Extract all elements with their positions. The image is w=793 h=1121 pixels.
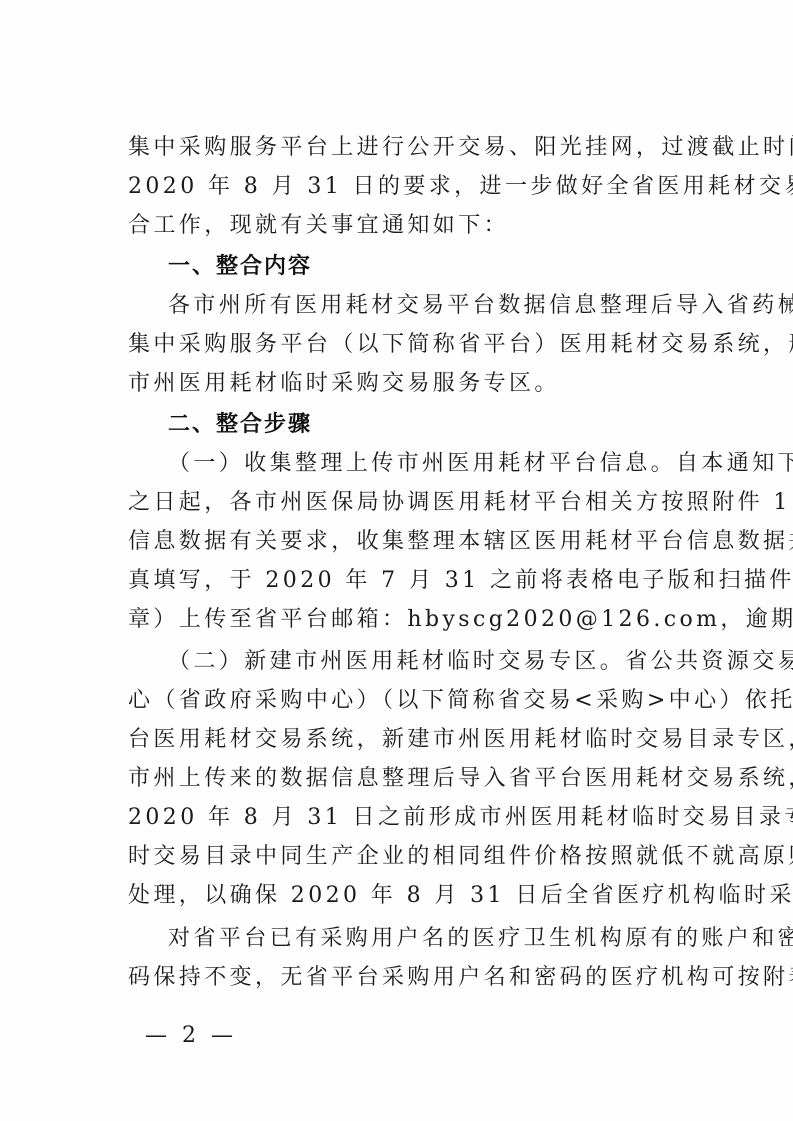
subsection-line: （一）收集整理上传市州医用耗材平台信息。自本通知下发 [168, 449, 718, 479]
document-page: 集中采购服务平台上进行公开交易、阳光挂网，过渡截止时间 2020 年 8 月 3… [0, 0, 793, 1121]
body-line: 集中采购服务平台上进行公开交易、阳光挂网，过渡截止时间 [128, 133, 718, 163]
body-line: 台医用耗材交易系统，新建市州医用耗材临时交易目录专区，将 [128, 725, 718, 755]
section-heading-1: 一、整合内容 [168, 252, 312, 282]
body-line: 各市州所有医用耗材交易平台数据信息整理后导入省药械 [168, 291, 718, 321]
body-line: 处理，以确保 2020 年 8 月 31 日后全省医疗机构临时采购使用。 [128, 881, 718, 911]
body-line: 之日起，各市州医保局协调医用耗材平台相关方按照附件 1 表格 [128, 488, 718, 518]
body-line: 真填写，于 2020 年 7 月 31 之前将表格电子版和扫描件（加盖公 [128, 566, 718, 596]
body-line: 2020 年 8 月 31 日之前形成市州医用耗材临时交易目录专区，临 [128, 803, 718, 833]
body-line: 信息数据有关要求，收集整理本辖区医用耗材平台信息数据并认 [128, 527, 718, 557]
body-line: 对省平台已有采购用户名的医疗卫生机构原有的账户和密 [168, 924, 718, 954]
page-number: — 2 — [145, 1021, 237, 1051]
body-line: 合工作，现就有关事宜通知如下： [128, 211, 718, 241]
subsection-line: （二）新建市州医用耗材临时交易专区。省公共资源交易中 [168, 647, 718, 677]
body-line: 时交易目录中同生产企业的相同组件价格按照就低不就高原则 [128, 842, 718, 872]
body-line: 心（省政府采购中心）（以下简称省交易<采购>中心）依托省平 [128, 686, 718, 716]
body-line: 章）上传至省平台邮箱：hbyscg2020@126.com，逾期不接受补报。 [128, 605, 718, 635]
body-line: 码保持不变，无省平台采购用户名和密码的医疗机构可按附表 2 [128, 963, 718, 993]
body-line: 市州上传来的数据信息整理后导入省平台医用耗材交易系统，于 [128, 764, 718, 794]
body-line: 2020 年 8 月 31 日的要求，进一步做好全省医用耗材交易平台整 [128, 172, 718, 202]
section-heading-2: 二、整合步骤 [168, 410, 312, 440]
body-line: 集中采购服务平台（以下简称省平台）医用耗材交易系统，形成 [128, 330, 718, 360]
body-line: 市州医用耗材临时采购交易服务专区。 [128, 369, 718, 399]
